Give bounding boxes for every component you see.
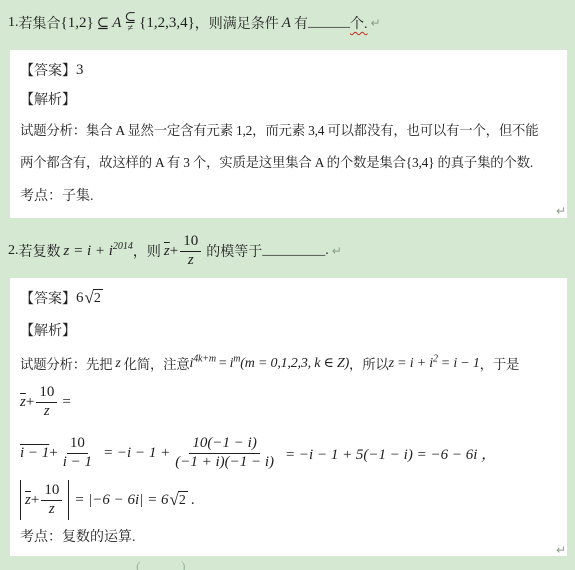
question-2-line: 2.若复数z = i + i2014，则z+10z的模等于_________.↵ bbox=[8, 230, 342, 272]
equation-step-1: = −i − 1 + bbox=[103, 445, 170, 462]
answer-blank: _________ bbox=[262, 243, 325, 259]
plus-sign: + bbox=[170, 243, 178, 260]
paragraph-mark-icon: ↵ bbox=[556, 204, 566, 218]
question-1-text-have: 有 bbox=[294, 13, 308, 33]
question-2-solution-panel: 【答案】6√2 【解析】 试题分析：先把z化简，注意i4k+m=im(m = 0… bbox=[10, 278, 567, 556]
z-simplification: z = i + i2= i − 1 bbox=[389, 356, 480, 372]
question-1-solution-panel: 【答案】3 【解析】 试题分析：集合 A 显然一定含有元素 1,2，而元素 3,… bbox=[10, 50, 567, 218]
set-1-2: {1,2} bbox=[61, 15, 94, 32]
fraction-10-over-i-minus-1: 10i − 1 bbox=[60, 435, 95, 471]
plus-sign: + bbox=[31, 492, 39, 509]
variable-A: A bbox=[282, 15, 291, 32]
keypoint-line: 考点：复数的运算. bbox=[20, 526, 136, 546]
period: . bbox=[364, 17, 368, 32]
analysis-text-line-2: 两个都含有，故这样的 A 有 3 个，实质是这里集合 A 的个数是集合{3,4}… bbox=[20, 152, 533, 171]
formula-line-1: z+10z= bbox=[20, 382, 71, 422]
answer-line: 【答案】6√2 bbox=[20, 284, 103, 312]
formula-line-2: i − 1+10i − 1= −i − 1 +10(−1 − i)(−1 + i… bbox=[20, 430, 496, 476]
analysis-label-line: 【解析】 bbox=[20, 89, 76, 109]
analysis-text-line: 试题分析：先把z化简，注意i4k+m=im(m = 0,1,2,3, k ∈ Z… bbox=[20, 354, 519, 373]
question-2-text: 若复数 bbox=[19, 241, 61, 261]
fraction-10-over-z: 10z bbox=[36, 384, 57, 420]
formula-line-3: z+10z= |−6 − 6i| = 6√2. bbox=[20, 478, 195, 522]
question-1-text-then: ，则满足条件 bbox=[195, 13, 279, 33]
answer-coefficient: 6 bbox=[76, 290, 84, 307]
square-root-2: √2 bbox=[85, 289, 103, 307]
parenthetical-condition: (m = 0,1,2,3, k ∈ Z) bbox=[240, 355, 349, 372]
fraction-10-over-z: 10z bbox=[180, 233, 201, 269]
exponent-2014: 2014 bbox=[113, 241, 133, 252]
keypoint-line: 考点：子集. bbox=[20, 185, 94, 205]
period: . bbox=[191, 492, 195, 509]
question-1-text: 若集合 bbox=[19, 13, 61, 33]
set-1-2-3-4: {1,2,3,4} bbox=[139, 15, 195, 32]
answer-value: 3 bbox=[76, 62, 84, 79]
conjugate-i-minus-1: i − 1 bbox=[20, 445, 49, 462]
proper-subset-symbol: ⊆≠ bbox=[124, 14, 136, 32]
variable-z: z bbox=[115, 356, 120, 372]
clipped-next-line-fragment: ( bbox=[136, 560, 141, 570]
question-1-number: 1. bbox=[8, 15, 19, 31]
answer-line: 【答案】3 bbox=[20, 60, 84, 80]
equals-sign: = bbox=[62, 394, 70, 411]
subset-symbol: ⊆ bbox=[97, 14, 110, 33]
question-1-text-ge: 个 bbox=[350, 17, 364, 32]
question-2-text-then: ，则 bbox=[133, 241, 161, 261]
fraction-complex: 10(−1 − i)(−1 + i)(−1 − i) bbox=[172, 435, 277, 471]
modulus-evaluation: = |−6 − 6i| = 6 bbox=[74, 492, 168, 509]
fraction-10-over-z: 10z bbox=[41, 482, 62, 518]
answer-blank: ______ bbox=[308, 15, 350, 31]
clipped-next-line-fragment: ) bbox=[181, 560, 186, 570]
paragraph-mark-icon: ↵ bbox=[556, 543, 566, 557]
formula-z-definition: z = i + i2014 bbox=[64, 243, 133, 260]
analysis-text-line-1: 试题分析：集合 A 显然一定含有元素 1,2，而元素 3,4 可以都没有，也可以… bbox=[20, 120, 538, 139]
question-2-number: 2. bbox=[8, 243, 19, 259]
equation-step-2: = −i − 1 + 5(−1 − i) = −6 − 6i ， bbox=[285, 443, 496, 464]
analysis-label: 【解析】 bbox=[20, 320, 76, 340]
square-root-2: √2 bbox=[169, 491, 187, 509]
plus-sign: + bbox=[26, 394, 34, 411]
question-1-line: 1.若集合{1,2}⊆A⊆≠{1,2,3,4}，则满足条件A有______个.↵ bbox=[8, 9, 381, 37]
period: . bbox=[325, 243, 329, 259]
paragraph-mark-icon: ↵ bbox=[370, 16, 380, 30]
variable-A: A bbox=[112, 15, 121, 32]
plus-sign: + bbox=[49, 445, 57, 462]
absolute-value-group: z+10z bbox=[20, 480, 69, 520]
paragraph-mark-icon: ↵ bbox=[332, 244, 342, 258]
document-page: 1.若集合{1,2}⊆A⊆≠{1,2,3,4}，则满足条件A有______个.↵… bbox=[0, 0, 575, 570]
question-2-text-mod: 的模等于 bbox=[206, 241, 262, 261]
answer-label: 【答案】 bbox=[20, 60, 76, 80]
analysis-label-line: 【解析】 bbox=[20, 320, 76, 340]
i-power-4k-m: i4k+m bbox=[190, 356, 216, 372]
i-power-m: im bbox=[230, 356, 241, 372]
analysis-label: 【解析】 bbox=[20, 89, 76, 109]
answer-label: 【答案】 bbox=[20, 288, 76, 308]
